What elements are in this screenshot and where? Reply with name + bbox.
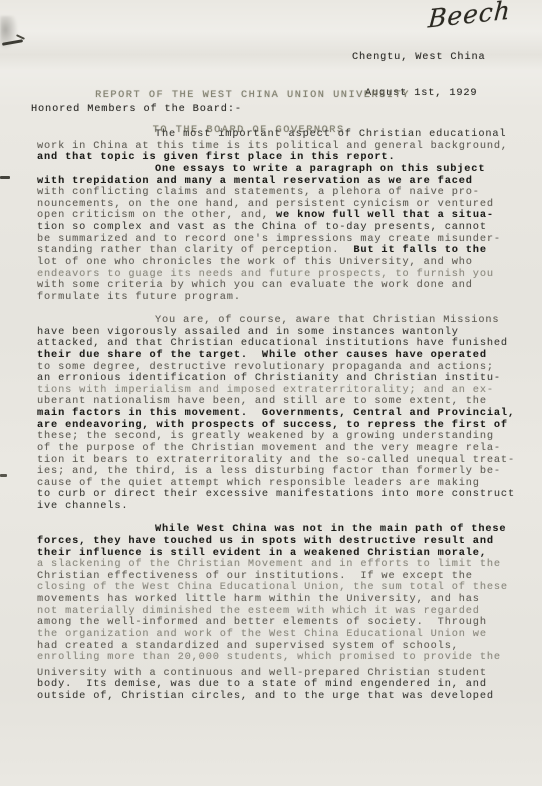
- text-line: main factors in this movement. Governmen…: [37, 408, 535, 420]
- text-line: ies; and, the third, is a less disturbin…: [37, 466, 535, 478]
- text-line: of the purpose of the Christian movement…: [37, 443, 535, 455]
- text-line: movements has worked little harm within …: [37, 594, 535, 606]
- text-line: with some criteria by which you can eval…: [37, 280, 535, 292]
- edge-mark: [0, 474, 7, 477]
- text-line: enrolling more than 20,000 students, whi…: [37, 652, 535, 664]
- text-line: outside of, Christian circles, and to th…: [37, 691, 535, 703]
- text-line: the organization and work of the West Ch…: [37, 629, 535, 641]
- text-line: lot of one who chronicles the work of th…: [37, 257, 535, 269]
- document-body: The most important aspect of Christian e…: [37, 129, 535, 703]
- text-line: The most important aspect of Christian e…: [37, 129, 535, 141]
- document-title-line1: REPORT OF THE WEST CHINA UNION UNIVERSIT…: [0, 90, 505, 102]
- text-line: formulate its future program.: [37, 292, 535, 304]
- dateline-place: Chengtu, West China: [352, 51, 486, 63]
- scanned-document-page: { "palette": { "paper": "#eae8e2", "ink_…: [0, 0, 542, 786]
- text-line: their due share of the target. While oth…: [37, 350, 535, 362]
- text-line: an erronious identification of Christian…: [37, 373, 535, 385]
- text-line: tion so complex and vast as the China of…: [37, 222, 535, 234]
- text-line: with conflicting claims and statements, …: [37, 187, 535, 199]
- text-line: One essays to write a paragraph on this …: [37, 164, 535, 176]
- text-line: a slackening of the Christian Movement a…: [37, 559, 535, 571]
- salutation: Honored Members of the Board:-: [31, 103, 242, 115]
- text-line: forces, they have touched us in spots wi…: [37, 536, 535, 548]
- text-line: You are, of course, aware that Christian…: [37, 315, 535, 327]
- edge-mark: [0, 176, 10, 179]
- text-line: ive channels.: [37, 501, 535, 513]
